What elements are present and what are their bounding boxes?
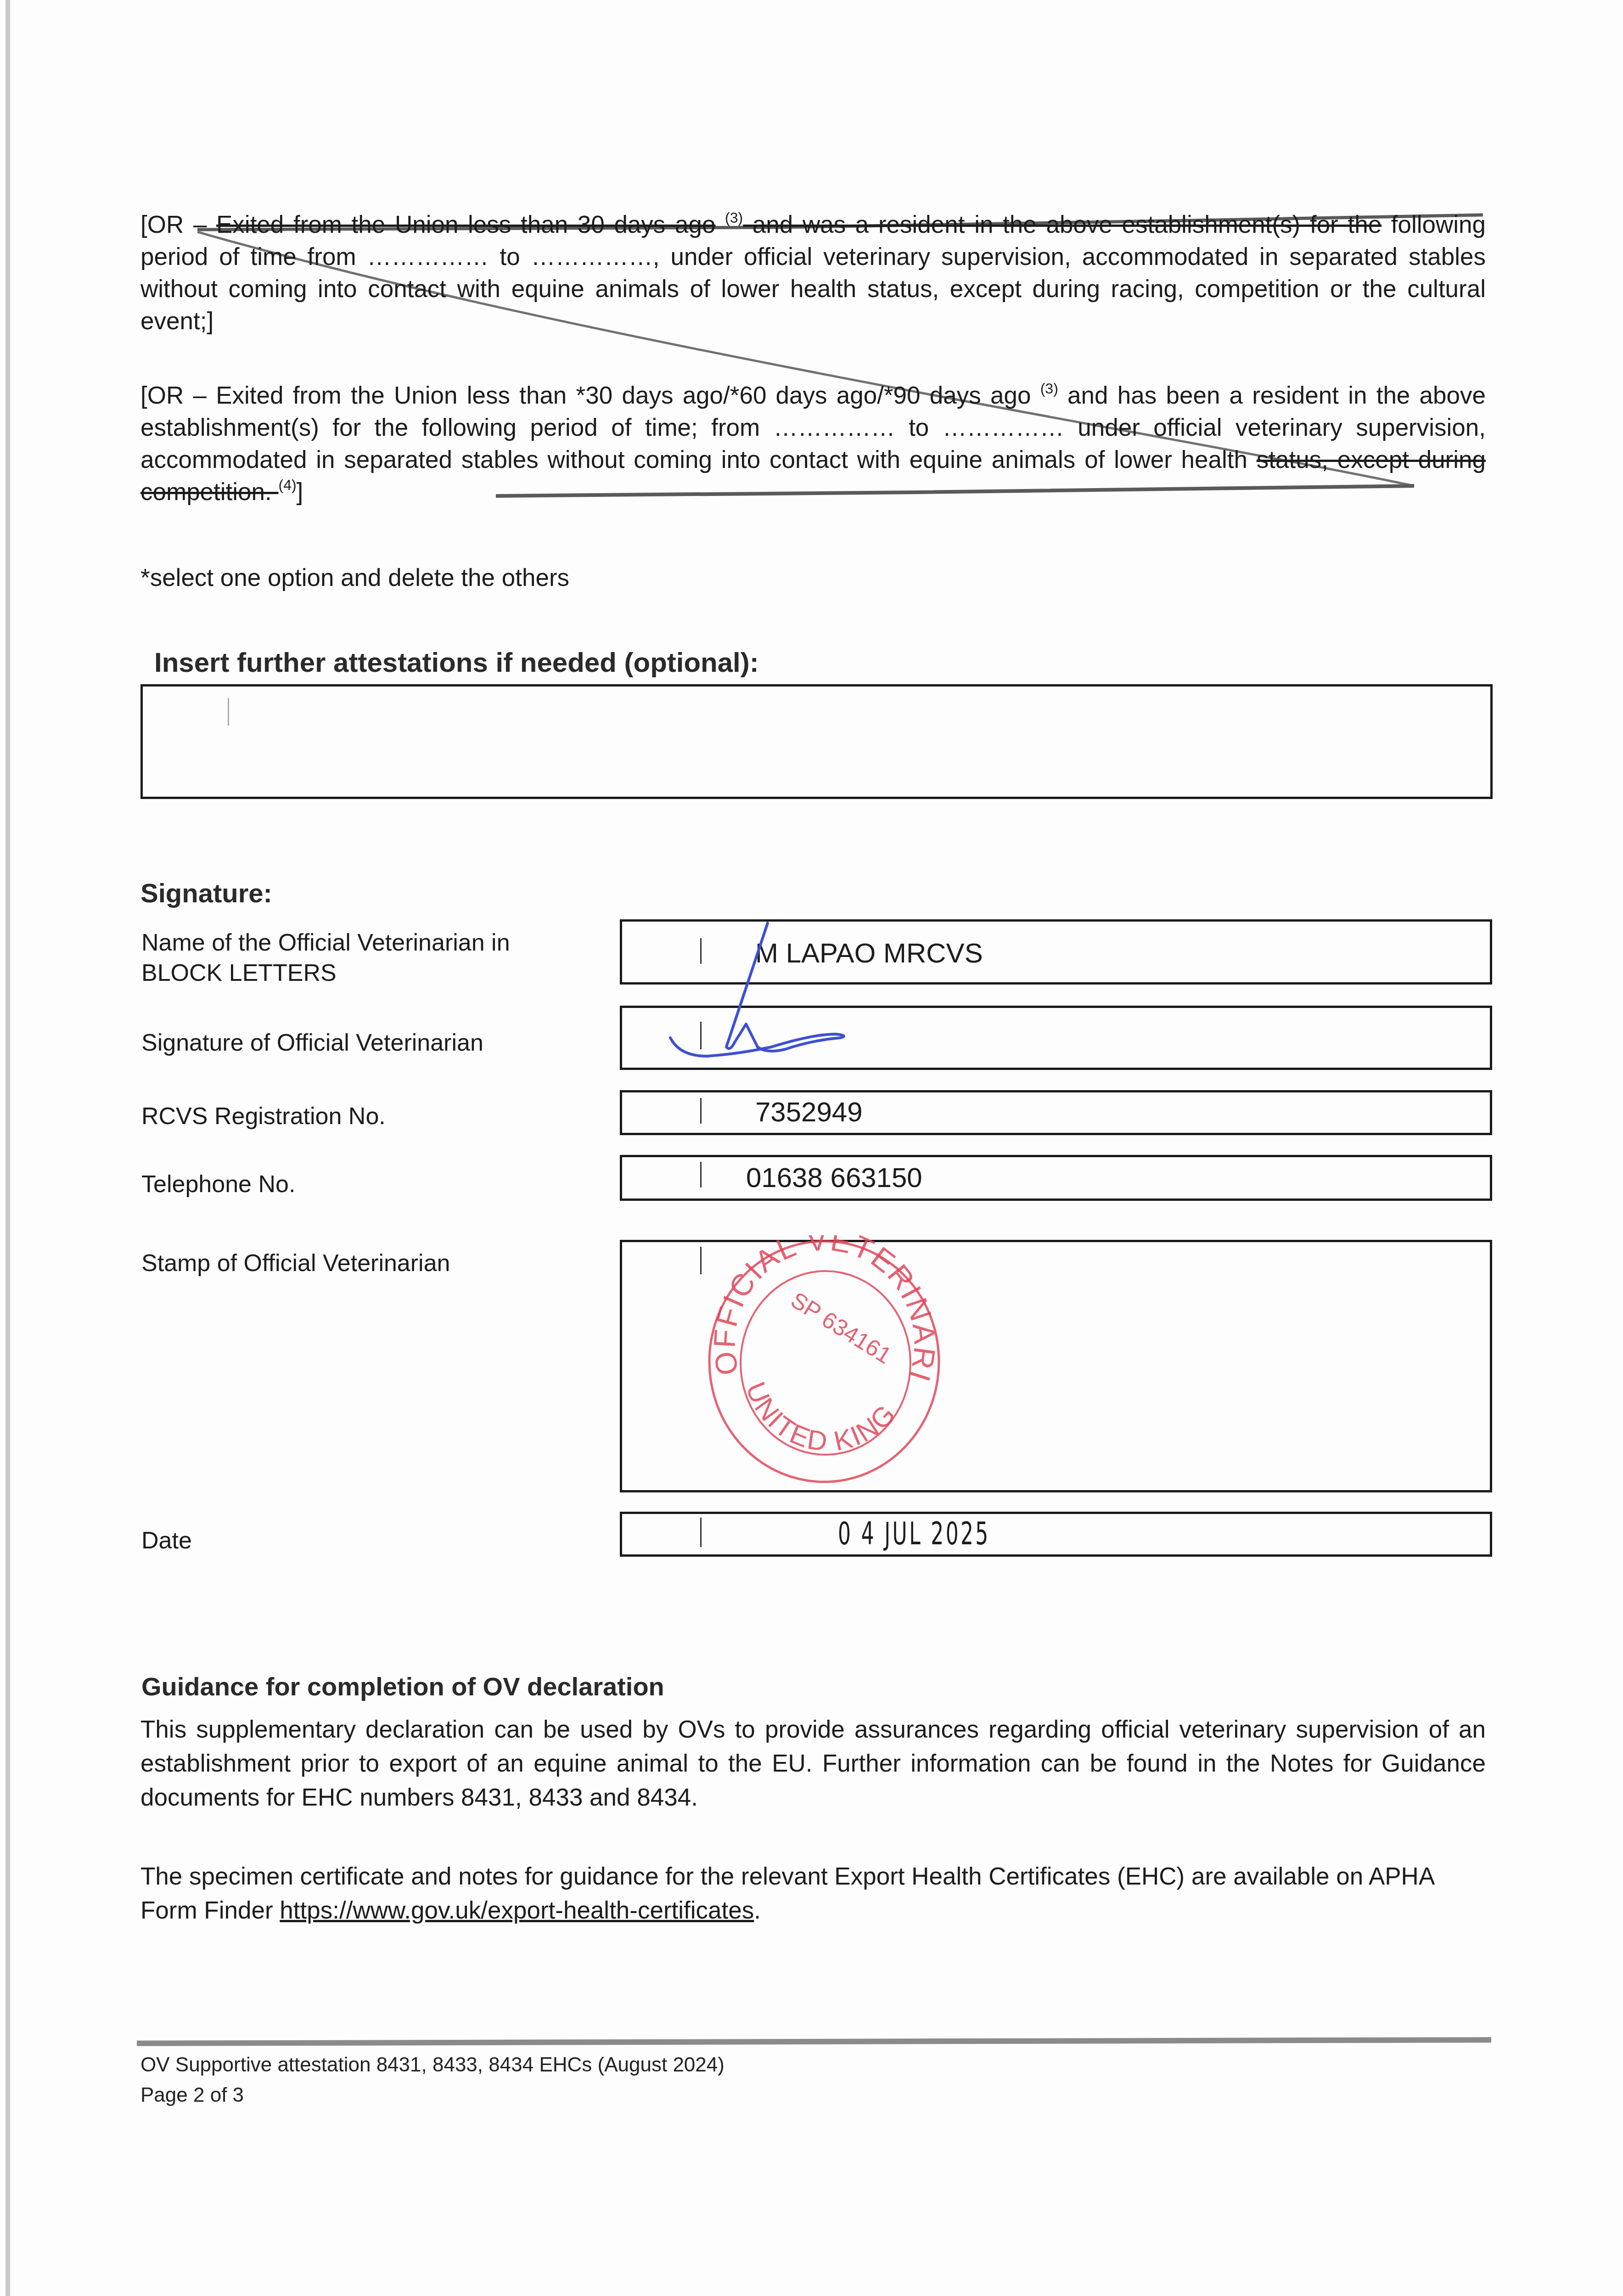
date-stamp-value: 0 4 JUL 2025 <box>838 1516 990 1552</box>
guidance-heading: Guidance for completion of OV declaratio… <box>141 1671 664 1701</box>
telephone-field[interactable]: 01638 663150 <box>620 1155 1492 1201</box>
scan-edge <box>6 0 10 2296</box>
option-paragraph-selected: [OR – Exited from the Union less than *3… <box>140 380 1486 508</box>
signature-heading: Signature: <box>140 878 272 909</box>
telephone-label: Telephone No. <box>141 1169 295 1199</box>
field-cursor-mark <box>228 698 229 726</box>
field-cursor-mark <box>700 938 702 964</box>
ov-name-field[interactable]: M LAPAO MRCVS <box>620 919 1492 985</box>
date-field[interactable]: 0 4 JUL 2025 <box>620 1512 1492 1557</box>
field-cursor-mark <box>700 1022 702 1049</box>
rcvs-number-field[interactable]: 7352949 <box>620 1090 1492 1135</box>
ov-signature-label: Signature of Official Veterinarian <box>141 1028 483 1058</box>
footer-form-reference: OV Supportive attestation 8431, 8433, 84… <box>140 2054 724 2077</box>
struck-text-2: and was a resident in the above establis… <box>743 211 1382 238</box>
further-attestations-heading: Insert further attestations if needed (o… <box>154 647 759 678</box>
export-health-certificates-link[interactable]: https://www.gov.uk/export-health-certifi… <box>280 1897 754 1924</box>
stamp-label: Stamp of Official Veterinarian <box>141 1248 450 1278</box>
footnote-ref: (3) <box>725 209 743 226</box>
field-cursor-mark <box>700 1518 702 1547</box>
telephone-value: 01638 663150 <box>746 1162 922 1193</box>
footnote-ref: (3) <box>1040 380 1058 397</box>
guidance-suffix: . <box>754 1897 761 1924</box>
ov-name-value: M LAPAO MRCVS <box>755 937 983 969</box>
guidance-paragraph: This supplementary declaration can be us… <box>140 1713 1486 1815</box>
rcvs-number-value: 7352949 <box>755 1096 863 1128</box>
field-cursor-mark <box>700 1162 702 1187</box>
guidance-paragraph-links: The specimen certificate and notes for g… <box>140 1860 1486 1928</box>
footer-divider <box>137 2037 1491 2046</box>
ov-signature-field[interactable] <box>620 1006 1492 1070</box>
footer-page-number: Page 2 of 3 <box>140 2084 244 2107</box>
select-option-note: *select one option and delete the others <box>140 564 569 592</box>
stamp-number: SP 634161 <box>786 1287 896 1369</box>
rcvs-number-label: RCVS Registration No. <box>141 1101 386 1131</box>
date-label: Date <box>141 1525 192 1556</box>
field-cursor-mark <box>700 1247 702 1274</box>
ov-name-label: Name of the Official Veterinarian in BLO… <box>141 928 555 988</box>
option-prefix: [OR – <box>140 211 216 238</box>
bracket-end: ] <box>297 478 303 506</box>
further-attestations-field[interactable] <box>140 684 1493 799</box>
option-paragraph-struck: [OR – Exited from the Union less than 30… <box>140 209 1486 338</box>
field-cursor-mark <box>700 1098 702 1124</box>
struck-text: Exited from the Union less than 30 days … <box>216 211 715 238</box>
footnote-ref: (4) <box>278 477 296 493</box>
option-text: [OR – Exited from the Union less than *3… <box>140 382 1040 409</box>
official-veterinarian-stamp: OFFICIAL VETERINARIAN UNITED KINGDOM SP … <box>702 1235 950 1483</box>
